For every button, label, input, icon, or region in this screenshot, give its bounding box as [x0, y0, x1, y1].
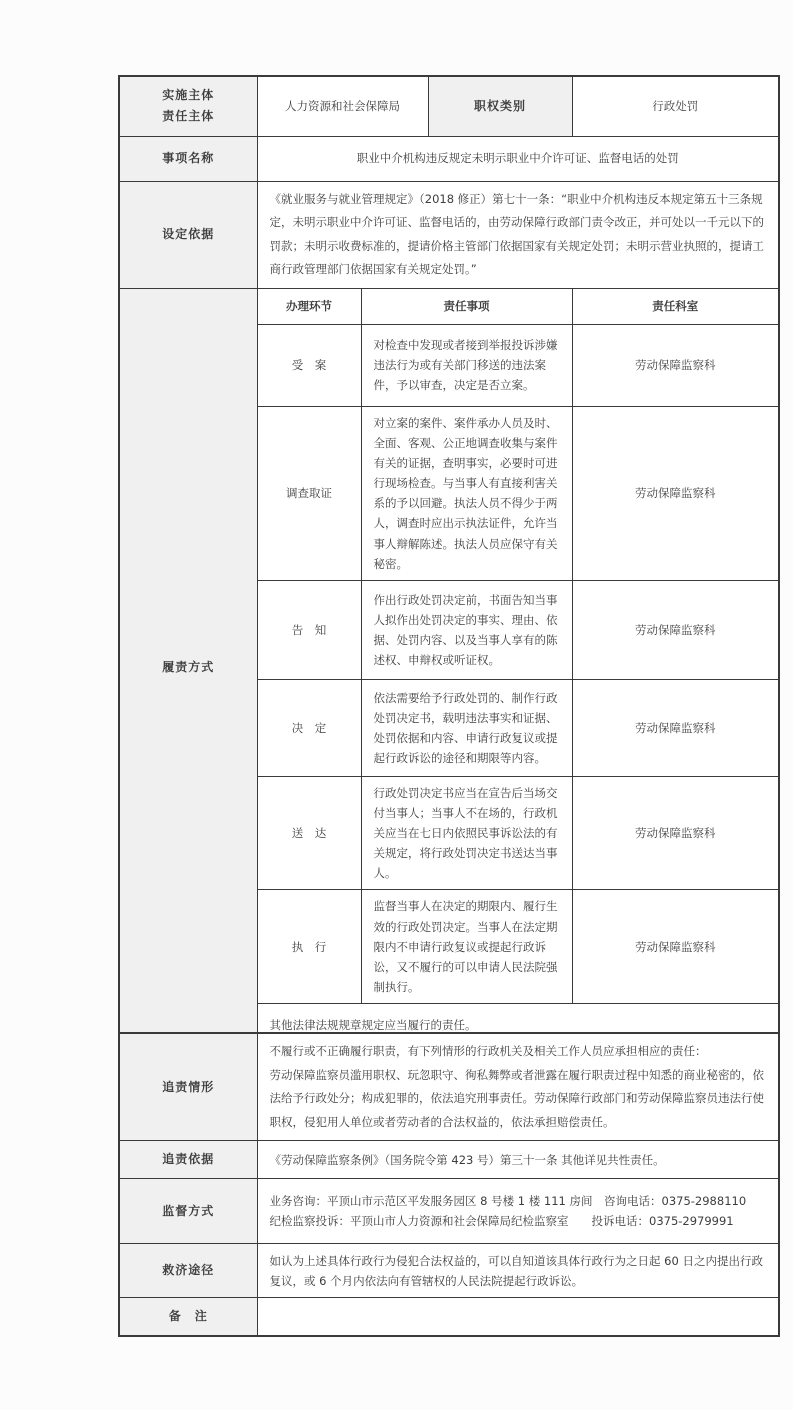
step-name: 受 案	[257, 324, 361, 406]
step-name: 告 知	[257, 580, 361, 679]
step-name: 送 达	[257, 776, 361, 890]
step-matter: 依法需要给予行政处罚的、制作行政处罚决定书，载明违法事实和证据、处罚依据和内容、…	[361, 679, 572, 776]
supervision-complaint-line: 纪检监察投诉：平顶山市人力资源和社会保障局纪检监察室 投诉电话：0375-297…	[270, 1211, 767, 1231]
accountability-basis-value: 《劳动保障监察条例》（国务院令第 423 号）第三十一条 其他详见共性责任。	[257, 1141, 779, 1179]
step-name: 决 定	[257, 679, 361, 776]
step-office: 劳动保障监察科	[572, 324, 779, 406]
step-office: 劳动保障监察科	[572, 580, 779, 679]
step-matter: 监督当事人在决定的期限内、履行生效的行政处罚决定。当事人在法定期限内不申请行政复…	[361, 890, 572, 1004]
step-matter: 行政处罚决定书应当在宣告后当场交付当事人；当事人不在场的，行政机关应当在七日内依…	[361, 776, 572, 890]
duty-header-office: 责任科室	[572, 288, 779, 324]
accountability-basis-label: 追责依据	[119, 1141, 257, 1179]
accountability-label: 追责情形	[119, 1033, 257, 1141]
note-value	[257, 1298, 779, 1336]
step-matter: 对立案的案件、案件承办人员及时、全面、客观、公正地调查收集与案件有关的证据，查明…	[361, 406, 572, 580]
supervision-label: 监督方式	[119, 1179, 257, 1244]
remedy-row: 救济途径 如认为上述具体行政行为侵犯合法权益的，可以自知道该具体行政行为之日起 …	[119, 1244, 779, 1298]
accountability-line-1: 不履行或不正确履行职责，有下列情形的行政机关及相关工作人员应承担相应的责任：	[270, 1040, 767, 1064]
legal-basis-value: 《就业服务与就业管理规定》（2018 修正）第七十一条：“职业中介机构违反本规定…	[257, 181, 779, 288]
agency-value: 人力资源和社会保障局	[257, 76, 428, 136]
accountability-table: 追责情形 不履行或不正确履行职责，有下列情形的行政机关及相关工作人员应承担相应的…	[118, 1032, 780, 1337]
step-matter: 对检查中发现或者接到举报投诉涉嫌违法行为或有关部门移送的违法案件，予以审查，决定…	[361, 324, 572, 406]
step-matter: 作出行政处罚决定前，书面告知当事人拟作出处罚决定的事实、理由、依据、处罚内容、以…	[361, 580, 572, 679]
accountability-line-2: 劳动保障监察员滥用职权、玩忽职守、徇私舞弊或者泄露在履行职责过程中知悉的商业秘密…	[270, 1064, 767, 1135]
step-name: 执 行	[257, 890, 361, 1004]
note-row: 备 注	[119, 1298, 779, 1336]
step-name: 调查取证	[257, 406, 361, 580]
item-name-label: 事项名称	[119, 136, 257, 181]
category-label: 职权类别	[428, 76, 572, 136]
step-office: 劳动保障监察科	[572, 776, 779, 890]
step-office: 劳动保障监察科	[572, 890, 779, 1004]
duty-header-row: 履责方式 办理环节 责任事项 责任科室	[119, 288, 779, 324]
category-value: 行政处罚	[572, 76, 779, 136]
page: { "colors": { "label_bg": "#f0f0f0", "bo…	[0, 0, 793, 1410]
accountability-row: 追责情形 不履行或不正确履行职责，有下列情形的行政机关及相关工作人员应承担相应的…	[119, 1033, 779, 1141]
duty-header-step: 办理环节	[257, 288, 361, 324]
legal-basis-row: 设定依据 《就业服务与就业管理规定》（2018 修正）第七十一条：“职业中介机构…	[119, 181, 779, 288]
supervision-value: 业务咨询：平顶山市示范区平发服务园区 8 号楼 1 楼 111 房间 咨询电话：…	[257, 1179, 779, 1244]
duty-mode-label: 履责方式	[119, 288, 257, 1046]
supervision-row: 监督方式 业务咨询：平顶山市示范区平发服务园区 8 号楼 1 楼 111 房间 …	[119, 1179, 779, 1244]
remedy-value: 如认为上述具体行政行为侵犯合法权益的，可以自知道该具体行政行为之日起 60 日之…	[257, 1244, 779, 1298]
accountability-basis-row: 追责依据 《劳动保障监察条例》（国务院令第 423 号）第三十一条 其他详见共性…	[119, 1141, 779, 1179]
power-responsibility-table: 实施主体 责任主体 人力资源和社会保障局 职权类别 行政处罚 事项名称 职业中介…	[118, 75, 780, 1048]
duty-header-matter: 责任事项	[361, 288, 572, 324]
legal-basis-label: 设定依据	[119, 181, 257, 288]
item-name-value: 职业中介机构违反规定未明示职业中介许可证、监督电话的处罚	[257, 136, 779, 181]
subject-label: 实施主体 责任主体	[119, 76, 257, 136]
subject-row: 实施主体 责任主体 人力资源和社会保障局 职权类别 行政处罚	[119, 76, 779, 136]
accountability-value: 不履行或不正确履行职责，有下列情形的行政机关及相关工作人员应承担相应的责任： 劳…	[257, 1033, 779, 1141]
note-label: 备 注	[119, 1298, 257, 1336]
supervision-consult-line: 业务咨询：平顶山市示范区平发服务园区 8 号楼 1 楼 111 房间 咨询电话：…	[270, 1191, 767, 1211]
item-name-row: 事项名称 职业中介机构违反规定未明示职业中介许可证、监督电话的处罚	[119, 136, 779, 181]
step-office: 劳动保障监察科	[572, 679, 779, 776]
remedy-label: 救济途径	[119, 1244, 257, 1298]
step-office: 劳动保障监察科	[572, 406, 779, 580]
